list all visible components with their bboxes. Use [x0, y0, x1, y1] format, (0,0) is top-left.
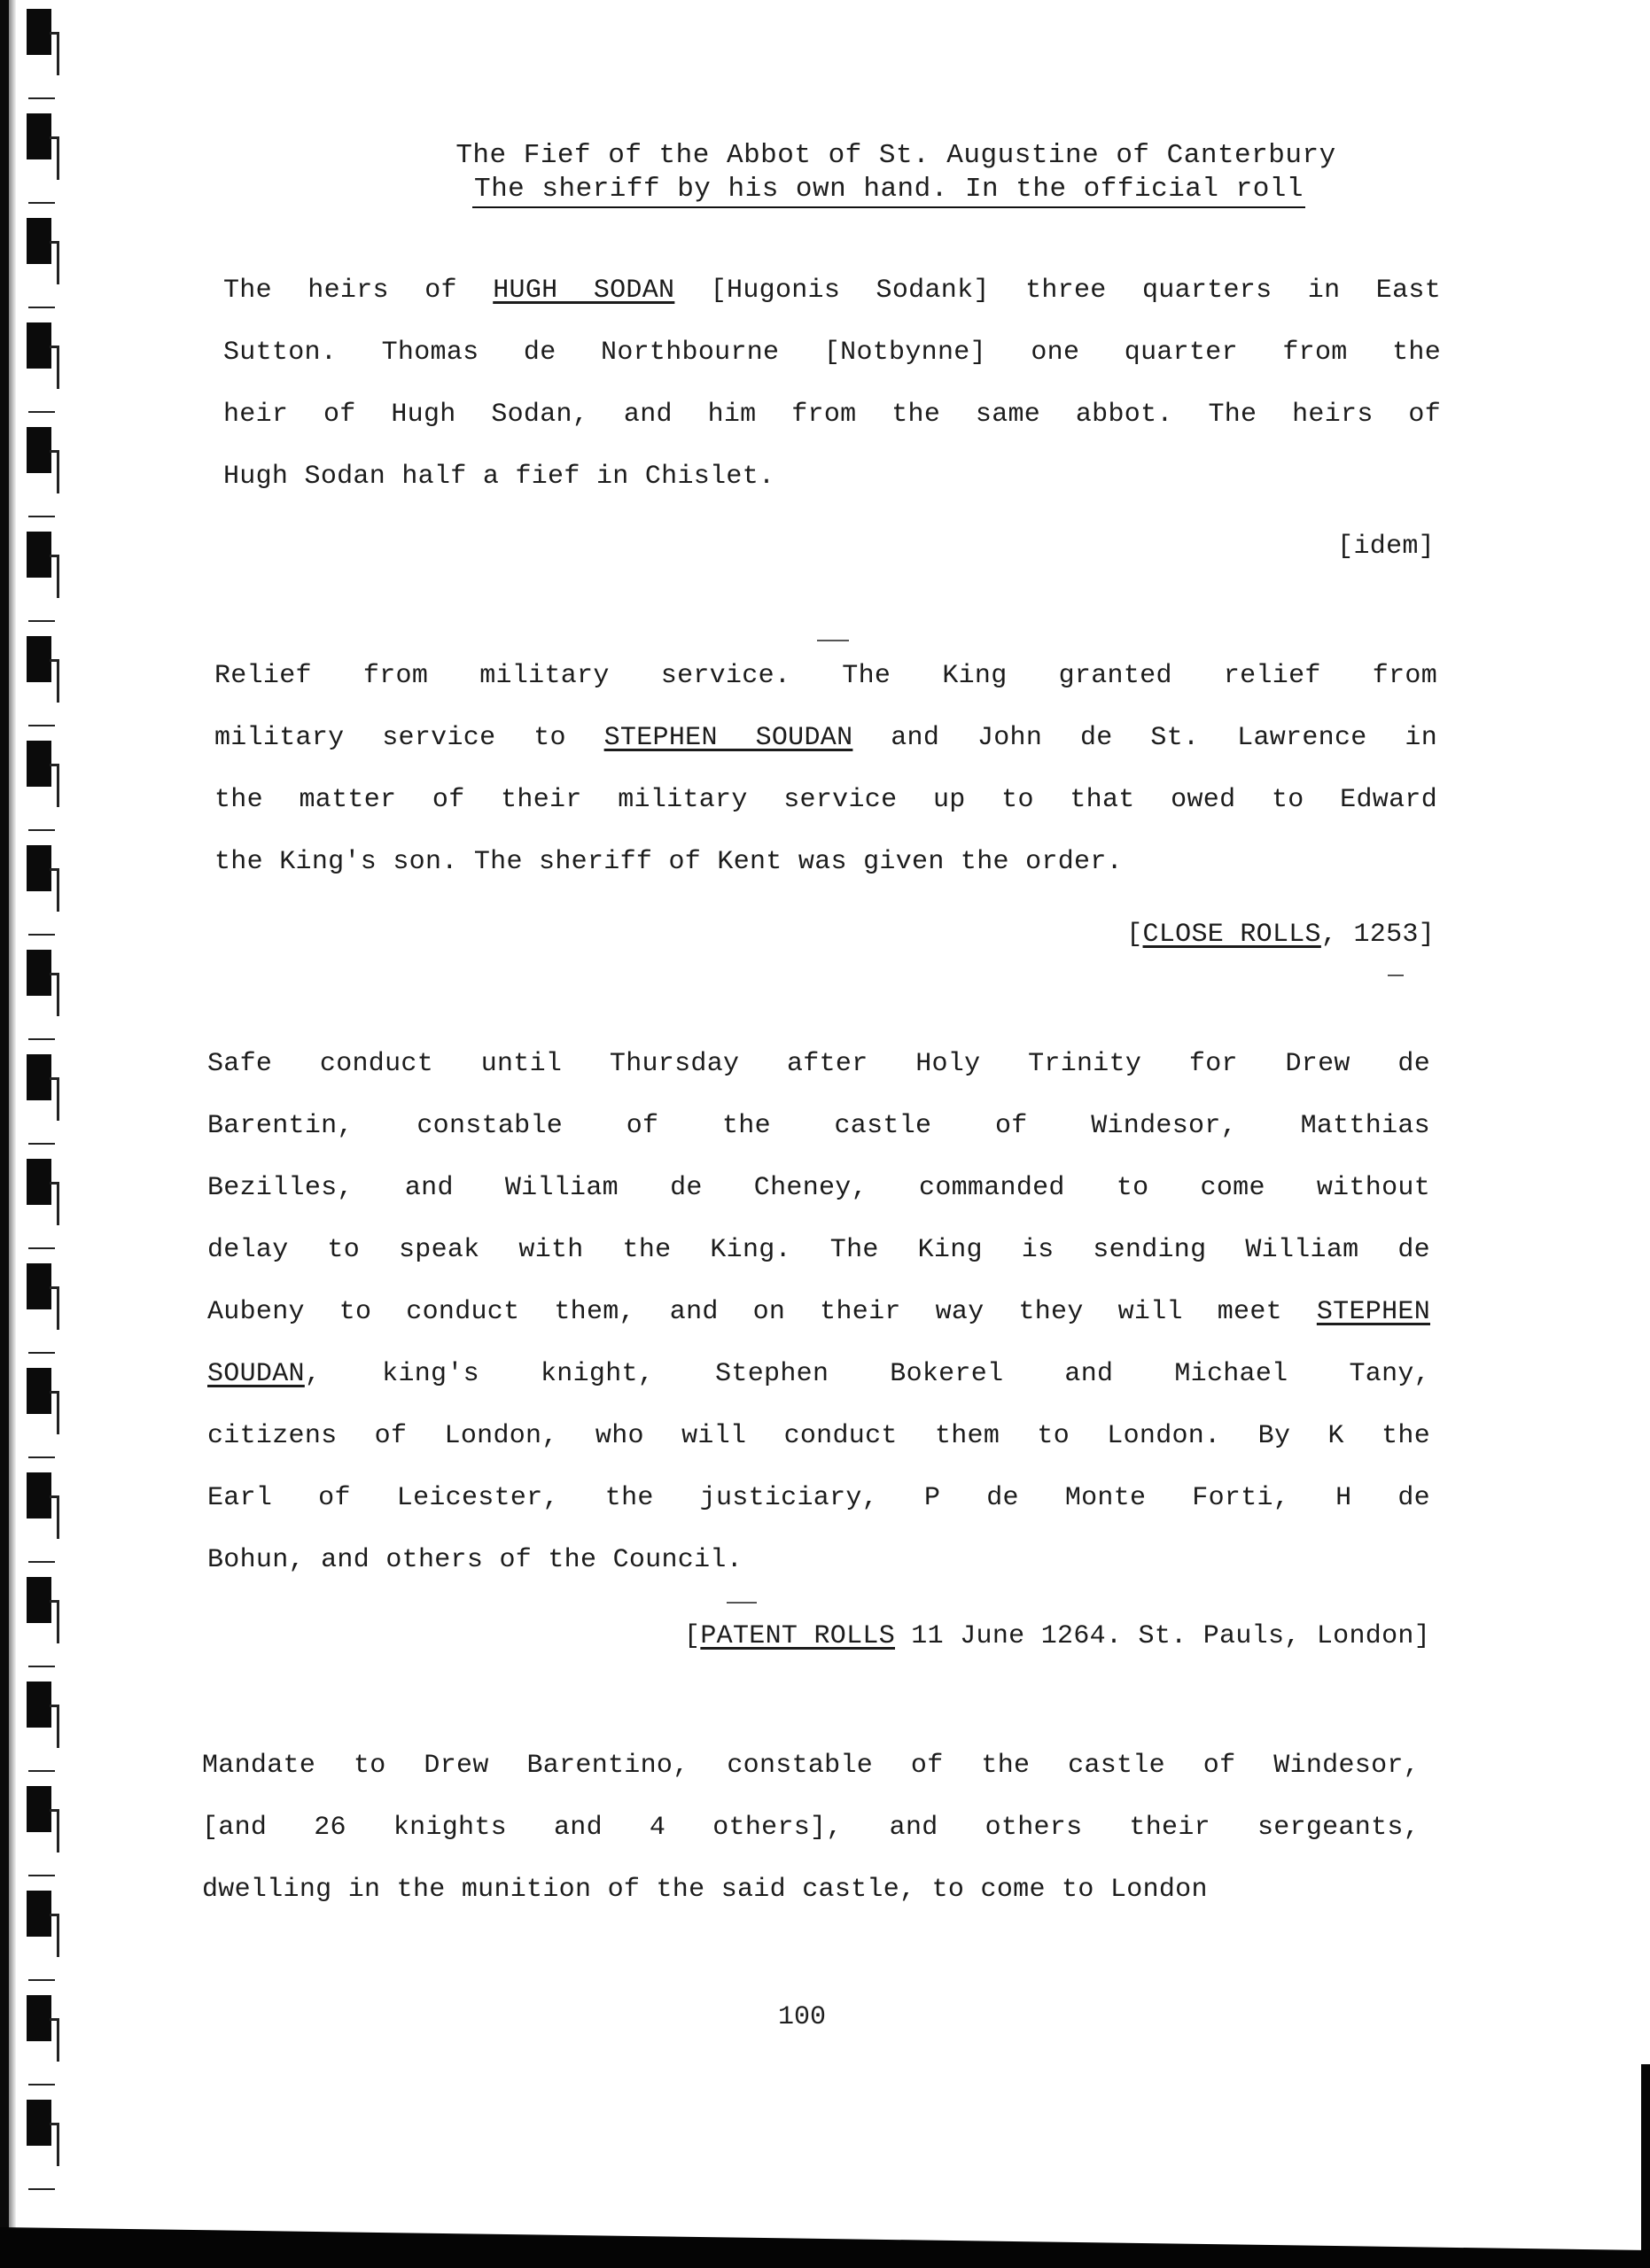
binding-ring [27, 741, 51, 787]
text-line: the King's son. The sheriff of Kent was … [214, 831, 1437, 893]
text-line: delay to speak with the King. The King i… [207, 1219, 1430, 1281]
text-run: Earl of Leicester, the justiciary, P de … [207, 1483, 1430, 1513]
binding-ring [27, 1682, 51, 1728]
text-run: Sutton. Thomas de Northbourne [Notbynne]… [223, 338, 1441, 368]
scan-speck [1388, 975, 1404, 976]
text-line: Bezilles, and William de Cheney, command… [207, 1157, 1430, 1219]
binding-ring-shadow [28, 97, 55, 99]
binding-ring [27, 1577, 51, 1623]
binding-ring-shadow [28, 1561, 55, 1563]
binding-ring [27, 427, 51, 473]
page-subheading-text: The sheriff by his own hand. In the offi… [472, 174, 1305, 208]
text-run: [and 26 knights and 4 others], and other… [202, 1813, 1420, 1843]
binding-ring [27, 845, 51, 891]
text-line: Bohun, and others of the Council. [207, 1529, 1430, 1591]
text-run: Aubeny to conduct them, and on their way… [207, 1297, 1317, 1327]
binding-ring-shadow [28, 307, 55, 308]
paragraph-hugh-sodan-fief: The heirs of HUGH SODAN [Hugonis Sodank]… [223, 260, 1441, 508]
underlined-name: PATENT ROLLS [700, 1621, 895, 1651]
binding-ring-shadow [28, 1247, 55, 1249]
binding-ring-shadow [28, 1875, 55, 1876]
text-line: the matter of their military service up … [214, 769, 1437, 831]
text-line: military service to STEPHEN SOUDAN and J… [214, 707, 1437, 769]
text-run: , king's knight, Stephen Bokerel and Mic… [305, 1359, 1430, 1389]
text-line: heir of Hugh Sodan, and him from the sam… [223, 384, 1441, 446]
binding-ring-shadow [28, 1038, 55, 1040]
binding-ring-shadow [28, 2188, 55, 2190]
text-run: and John de St. Lawrence in [852, 723, 1437, 753]
binding-ring-shadow [28, 516, 55, 517]
binding-ring [27, 636, 51, 682]
binding-ring-shadow [28, 202, 55, 204]
paragraph-safe-conduct: Safe conduct until Thursday after Holy T… [207, 1033, 1430, 1591]
spiral-binding-edge [0, 0, 62, 2233]
binding-ring [27, 322, 51, 369]
binding-ring [27, 1368, 51, 1414]
binding-ring-shadow [28, 620, 55, 622]
text-run: The heirs of [223, 276, 493, 306]
text-run: Hugh Sodan half a fief in Chislet. [223, 462, 774, 492]
underlined-name: SOUDAN [207, 1359, 305, 1389]
binding-ring [27, 113, 51, 159]
binding-ring-shadow [28, 1666, 55, 1667]
text-run: citizens of London, who will conduct the… [207, 1421, 1430, 1451]
text-run: Bohun, and others of the Council. [207, 1545, 743, 1575]
text-line: Earl of Leicester, the justiciary, P de … [207, 1467, 1430, 1529]
binding-ring [27, 1159, 51, 1205]
text-run: Barentin, constable of the castle of Win… [207, 1111, 1430, 1141]
text-run: the King's son. The sheriff of Kent was … [214, 847, 1123, 877]
binding-ring-shadow [28, 934, 55, 936]
binding-ring-shadow [28, 1979, 55, 1981]
text-run: military service to [214, 723, 604, 753]
text-line: SOUDAN, king's knight, Stephen Bokerel a… [207, 1343, 1430, 1405]
underlined-name: HUGH SODAN [493, 276, 674, 306]
text-line: Barentin, constable of the castle of Win… [207, 1095, 1430, 1157]
text-run: Mandate to Drew Barentino, constable of … [202, 1751, 1420, 1781]
binding-ring [27, 9, 51, 55]
citation-close-rolls: [CLOSE ROLLS, 1253] [1126, 920, 1435, 950]
page-subheading: The sheriff by his own hand. In the offi… [64, 174, 1650, 205]
binding-ring-shadow [28, 2084, 55, 2085]
text-line: Hugh Sodan half a fief in Chislet. [223, 446, 1441, 508]
binding-ring-shadow [28, 725, 55, 726]
text-run: delay to speak with the King. The King i… [207, 1235, 1430, 1265]
binding-ring [27, 218, 51, 264]
binding-ring-shadow [28, 1770, 55, 1772]
paragraph-relief-military-service: Relief from military service. The King g… [214, 645, 1437, 893]
text-line: Safe conduct until Thursday after Holy T… [207, 1033, 1430, 1095]
text-run: Relief from military service. The King g… [214, 661, 1437, 691]
binding-gradient [9, 0, 16, 2233]
text-line: The heirs of HUGH SODAN [Hugonis Sodank]… [223, 260, 1441, 322]
text-run: [idem] [1337, 532, 1435, 562]
binding-ring-shadow [28, 411, 55, 413]
binding-ring-shadow [28, 1143, 55, 1145]
text-run: 11 June 1264. St. Pauls, London] [895, 1621, 1430, 1651]
binding-ring [27, 950, 51, 996]
scanner-bed-bottom [0, 2215, 1650, 2268]
binding-shadow [0, 0, 9, 2233]
binding-ring [27, 1263, 51, 1309]
citation-patent-rolls: [PATENT ROLLS 11 June 1264. St. Pauls, L… [684, 1621, 1430, 1651]
text-run: , 1253] [1321, 920, 1435, 950]
text-run: [ [684, 1621, 700, 1651]
text-line: Relief from military service. The King g… [214, 645, 1437, 707]
binding-ring [27, 1786, 51, 1832]
binding-ring [27, 1891, 51, 1937]
text-run: the matter of their military service up … [214, 785, 1437, 815]
text-line: Mandate to Drew Barentino, constable of … [202, 1735, 1420, 1797]
text-line: Aubeny to conduct them, and on their way… [207, 1281, 1430, 1343]
text-run: [Hugonis Sodank] three quarters in East [674, 276, 1441, 306]
binding-ring-shadow [28, 829, 55, 831]
text-run: Safe conduct until Thursday after Holy T… [207, 1049, 1430, 1079]
binding-ring-shadow [28, 1352, 55, 1354]
page-heading: The Fief of the Abbot of St. Augustine o… [71, 140, 1650, 171]
text-line: citizens of London, who will conduct the… [207, 1405, 1430, 1467]
underlined-name: STEPHEN SOUDAN [604, 723, 853, 753]
text-line: [and 26 knights and 4 others], and other… [202, 1797, 1420, 1859]
scan-speck [817, 640, 849, 641]
binding-ring [27, 1472, 51, 1518]
text-line: Sutton. Thomas de Northbourne [Notbynne]… [223, 322, 1441, 384]
page-number: 100 [0, 2002, 1604, 2032]
underlined-name: STEPHEN [1317, 1297, 1430, 1327]
paragraph-mandate-drew-barentino: Mandate to Drew Barentino, constable of … [202, 1735, 1420, 1921]
scan-speck [727, 1602, 757, 1604]
binding-ring [27, 2100, 51, 2146]
binding-ring [27, 532, 51, 578]
text-run: [ [1126, 920, 1142, 950]
binding-ring [27, 1054, 51, 1100]
citation-idem: [idem] [1337, 532, 1435, 562]
text-line: dwelling in the munition of the said cas… [202, 1859, 1420, 1921]
text-run: Bezilles, and William de Cheney, command… [207, 1173, 1430, 1203]
text-run: heir of Hugh Sodan, and him from the sam… [223, 400, 1441, 430]
scanner-edge-right [1641, 2064, 1650, 2268]
binding-ring-shadow [28, 1456, 55, 1458]
underlined-name: CLOSE ROLLS [1143, 920, 1321, 950]
text-run: dwelling in the munition of the said cas… [202, 1875, 1208, 1905]
